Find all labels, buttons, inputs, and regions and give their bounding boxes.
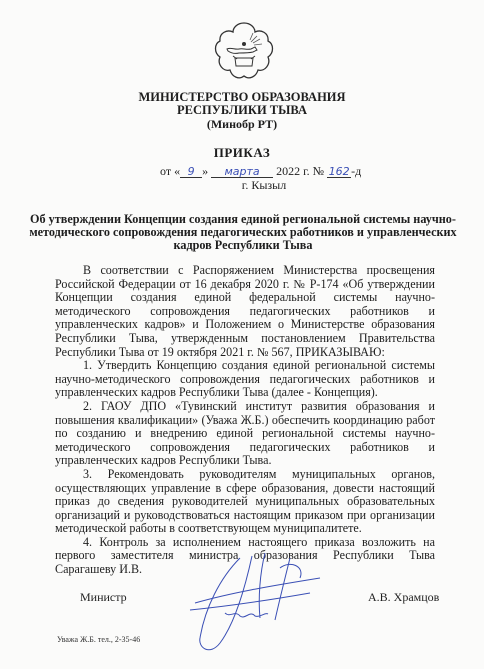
order-item-2: 2. ГАОУ ДПО «Тувинский институт развития… [55, 400, 435, 468]
signatory-title: Министр [80, 590, 127, 605]
order-number-suffix: -д [351, 164, 361, 178]
date-month-handwritten: марта [211, 166, 273, 178]
date-mid: » [202, 164, 208, 178]
city: г. Кызыл [22, 178, 484, 193]
date-day-handwritten: 9 [180, 166, 202, 178]
date-prefix: от « [160, 164, 180, 178]
document-type: ПРИКАЗ [0, 145, 484, 161]
document-page: МИНИСТЕРСТВО ОБРАЗОВАНИЯ РЕСПУБЛИКИ ТЫВА… [0, 0, 484, 669]
order-item-1: 1. Утвердить Концепцию создания единой р… [55, 359, 435, 400]
executor-contact: Уважа Ж.Б. тел., 2-35-46 [57, 635, 140, 644]
order-item-3: 3. Рекомендовать руководителям муниципал… [55, 468, 435, 536]
document-body: В соответствии с Распоряжением Министерс… [55, 264, 435, 577]
document-title: Об утверждении Концепции создания единой… [28, 213, 458, 253]
preamble-paragraph: В соответствии с Распоряжением Министерс… [55, 264, 435, 359]
order-number-handwritten: 162 [327, 166, 351, 178]
document-date-number: от «9» марта 2022 г. № 162-д [160, 164, 361, 179]
organization-short-name: (Минобр РТ) [0, 118, 484, 131]
signatory-name: А.В. Храмцов [368, 590, 439, 605]
handwritten-signature-icon [180, 548, 330, 658]
organization-name-line2: РЕСПУБЛИКИ ТЫВА [0, 104, 484, 117]
tuva-coat-of-arms-icon [213, 20, 275, 82]
date-year: 2022 г. № [276, 164, 324, 178]
